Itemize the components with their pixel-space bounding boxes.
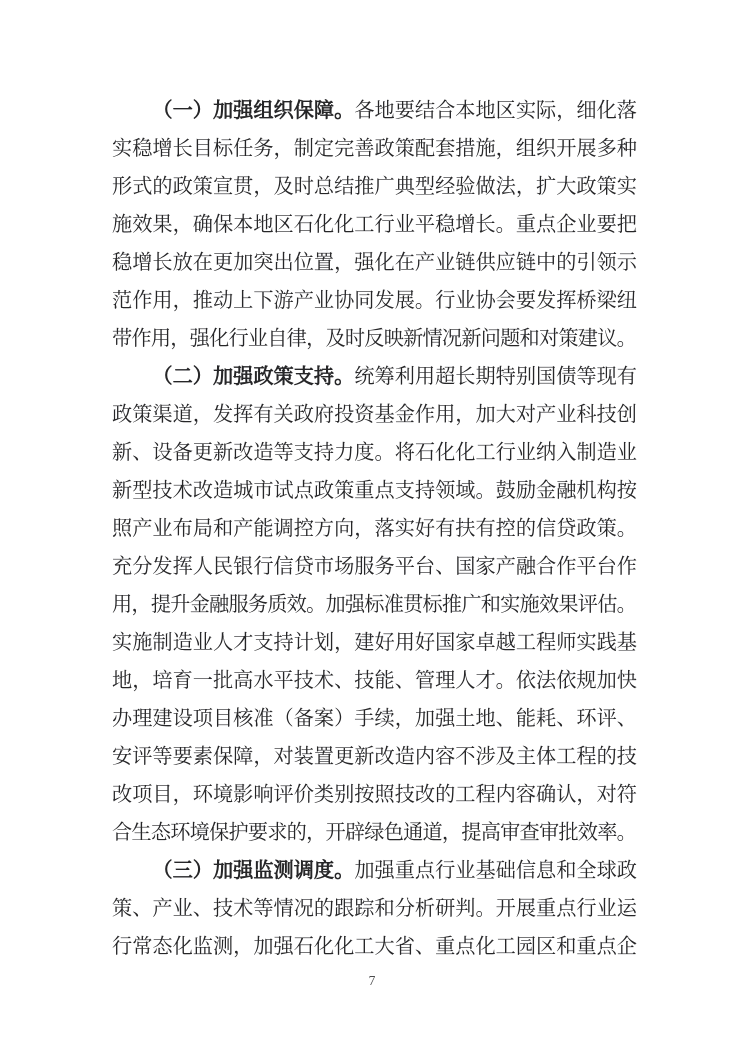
- text-line: 实稳增长目标任务，制定完善政策配套措施，组织开展多种: [112, 130, 637, 168]
- text-line: （二）加强政策支持。统筹利用超长期特别国债等现有: [112, 358, 637, 396]
- text-line: 合生态环境保护要求的，开辟绿色通道，提高审查审批效率。: [112, 814, 637, 852]
- text-line: 改项目，环境影响评价类别按照技改的工程内容确认，对符: [112, 776, 637, 814]
- text-line: 用，提升金融服务质效。加强标准贯标推广和实施效果评估。: [112, 586, 637, 624]
- page-body: （一）加强组织保障。各地要结合本地区实际，细化落实稳增长目标任务，制定完善政策配…: [112, 92, 637, 966]
- section-heading: （一）加强组织保障。: [152, 100, 354, 122]
- text-line: 施效果，确保本地区石化化工行业平稳增长。重点企业要把: [112, 206, 637, 244]
- text-line: 行常态化监测，加强石化化工大省、重点化工园区和重点企: [112, 928, 637, 966]
- text-line: 安评等要素保障，对装置更新改造内容不涉及主体工程的技: [112, 738, 637, 776]
- page-number: 7: [0, 970, 744, 992]
- text-line: 办理建设项目核准（备案）手续，加强土地、能耗、环评、: [112, 700, 637, 738]
- text-line: 范作用，推动上下游产业协同发展。行业协会要发挥桥梁纽: [112, 282, 637, 320]
- text-line: 新、设备更新改造等支持力度。将石化化工行业纳入制造业: [112, 434, 637, 472]
- section-heading: （三）加强监测调度。: [152, 860, 354, 882]
- text-line: 地，培育一批高水平技术、技能、管理人才。依法依规加快: [112, 662, 637, 700]
- text-line: 照产业布局和产能调控方向，落实好有扶有控的信贷政策。: [112, 510, 637, 548]
- text-line: 实施制造业人才支持计划，建好用好国家卓越工程师实践基: [112, 624, 637, 662]
- text-line: 政策渠道，发挥有关政府投资基金作用，加大对产业科技创: [112, 396, 637, 434]
- text-line: 策、产业、技术等情况的跟踪和分析研判。开展重点行业运: [112, 890, 637, 928]
- text-line: 形式的政策宣贯，及时总结推广典型经验做法，扩大政策实: [112, 168, 637, 206]
- section-heading: （二）加强政策支持。: [152, 366, 354, 388]
- text-line: （三）加强监测调度。加强重点行业基础信息和全球政: [112, 852, 637, 890]
- text-line: 新型技术改造城市试点政策重点支持领域。鼓励金融机构按: [112, 472, 637, 510]
- text-line: 带作用，强化行业自律，及时反映新情况新问题和对策建议。: [112, 320, 637, 358]
- text-run: 各地要结合本地区实际，细化落: [354, 100, 637, 122]
- text-run: 统筹利用超长期特别国债等现有: [354, 366, 637, 388]
- text-line: 充分发挥人民银行信贷市场服务平台、国家产融合作平台作: [112, 548, 637, 586]
- text-line: 稳增长放在更加突出位置，强化在产业链供应链中的引领示: [112, 244, 637, 282]
- document-page: （一）加强组织保障。各地要结合本地区实际，细化落实稳增长目标任务，制定完善政策配…: [0, 0, 744, 1051]
- text-run: 加强重点行业基础信息和全球政: [354, 860, 637, 882]
- text-line: （一）加强组织保障。各地要结合本地区实际，细化落: [112, 92, 637, 130]
